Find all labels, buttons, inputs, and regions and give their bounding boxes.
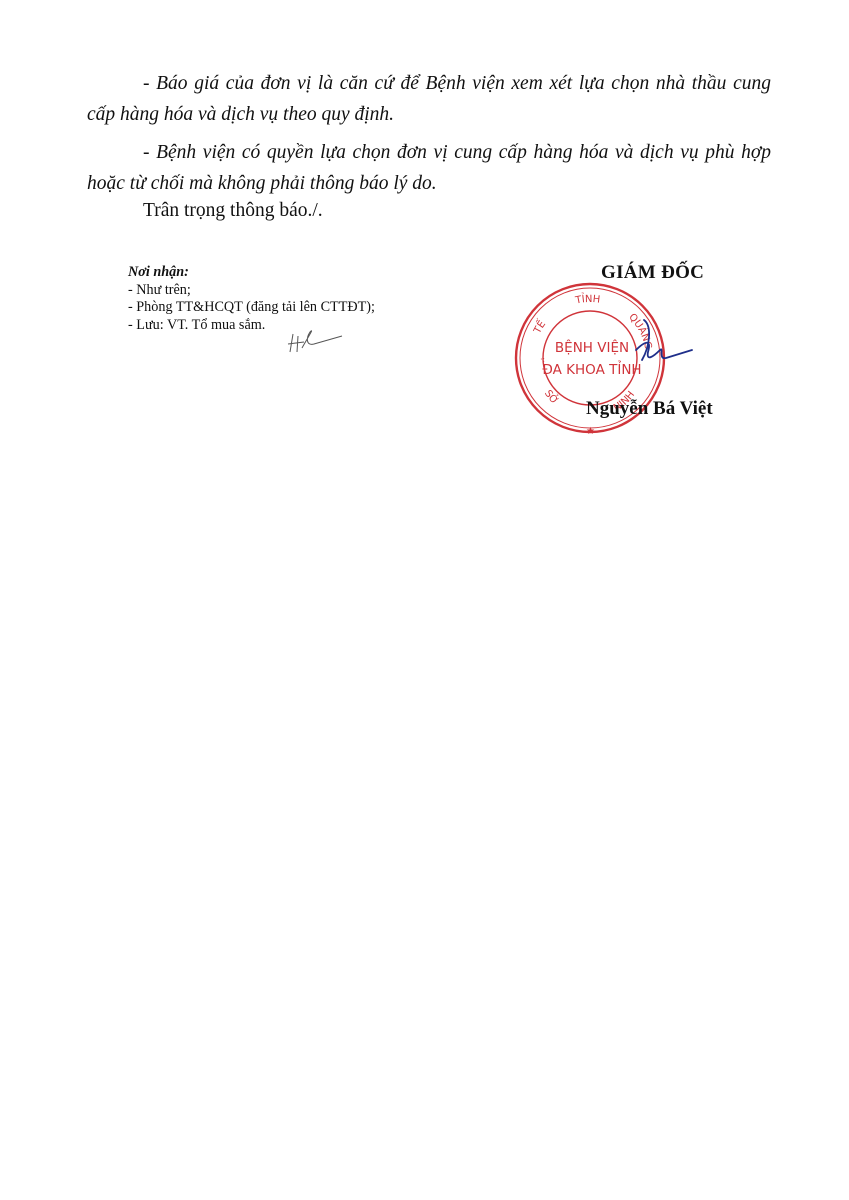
recipient-item: - Như trên; — [128, 282, 375, 300]
stamp-line-1: BỆNH VIỆN — [555, 338, 629, 356]
closing-text: Trân trọng thông báo./. — [143, 200, 323, 222]
svg-text:·:: ·: — [540, 355, 545, 364]
paragraph-hospital-rights: - Bệnh viện có quyền lựa chọn đơn vị cun… — [87, 137, 771, 199]
svg-text:TẾ: TẾ — [532, 317, 549, 337]
stamp-line-2: ĐA KHOA TỈNH — [542, 360, 641, 378]
recipients-title: Nơi nhận: — [128, 264, 375, 282]
initials-signature-icon — [284, 322, 344, 358]
director-signature-icon — [630, 316, 700, 376]
recipient-item: - Phòng TT&HCQT (đăng tải lên CTTĐT); — [128, 299, 375, 317]
signer-name: Nguyễn Bá Việt — [586, 398, 713, 420]
svg-text:SỞ: SỞ — [542, 388, 562, 407]
svg-text:TỈNH: TỈNH — [574, 291, 601, 307]
paragraph-quotation-basis: - Báo giá của đơn vị là căn cứ để Bệnh v… — [87, 68, 771, 130]
svg-text:★: ★ — [586, 426, 595, 436]
